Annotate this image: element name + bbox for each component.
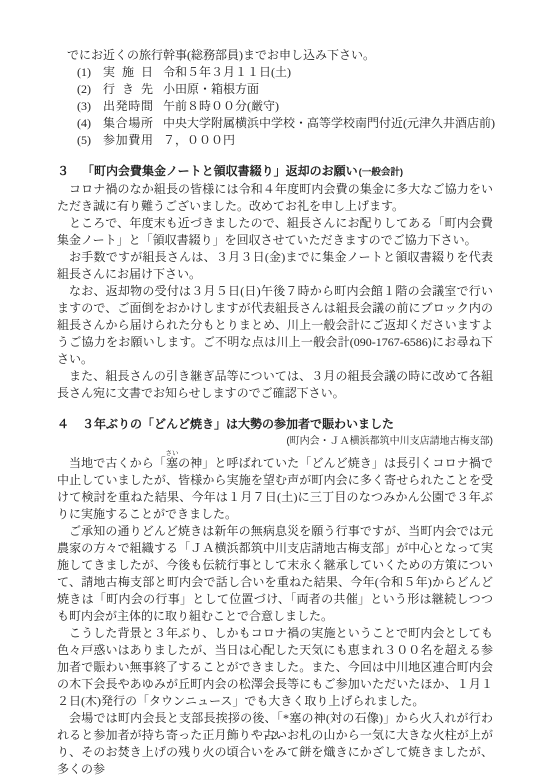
- list-item: (1) 実施日 令和５年３月１１日(土): [57, 64, 493, 81]
- item-value: 午前８時００分(厳守): [163, 98, 493, 115]
- section-title: 「町内会費集金ノートと領収書綴り」返却のお願い: [82, 164, 358, 178]
- continued-sentence: でにお近くの旅行幹事(総務部員)までお申し込み下さい。: [67, 47, 493, 64]
- attribution-line: (町内会・ＪＡ横浜都筑中川支店請地古梅支部): [57, 433, 493, 450]
- section-number: ３: [57, 164, 69, 178]
- section-title: ３年ぶりの「どんど焼き」は大勢の参加者で賑わいました: [82, 417, 394, 431]
- list-item: (5) 参加費用 ７，０００円: [57, 132, 493, 149]
- document-page: でにお近くの旅行幹事(総務部員)までお申し込み下さい。 (1) 実施日 令和５年…: [0, 0, 549, 776]
- item-value: ７，０００円: [163, 132, 493, 149]
- item-number: (3): [77, 98, 103, 115]
- item-number: (4): [77, 115, 103, 132]
- paragraph: なお、返却物の受付は３月５日(日)午後７時から町内会館１階の会議室で行いますので…: [57, 283, 493, 368]
- item-number: (1): [77, 64, 103, 81]
- item-value: 中央大学附属横浜中学校・高等学校南門付近(元津久井酒店前): [163, 115, 495, 132]
- list-item: (4) 集合場所 中央大学附属横浜中学校・高等学校南門付近(元津久井酒店前): [57, 115, 493, 132]
- section-4-heading: ４３年ぶりの「どんど焼き」は大勢の参加者で賑わいました: [57, 416, 493, 433]
- item-value: 小田原・箱根方面: [163, 81, 493, 98]
- list-item: (2) 行き先 小田原・箱根方面: [57, 81, 493, 98]
- trip-details-list: (1) 実施日 令和５年３月１１日(土) (2) 行き先 小田原・箱根方面 (3…: [57, 64, 493, 149]
- item-number: (5): [77, 132, 103, 149]
- section-title-note: (一般会計): [359, 167, 403, 178]
- ruby-text: さい: [165, 450, 178, 457]
- ruby-annotation: 塞さい: [166, 456, 178, 470]
- paragraph: 会場では町内会長と支部長挨拶の後、「*塞の神(対の石像)」から火入れが行われると…: [57, 710, 493, 776]
- item-label: 集合場所: [103, 115, 153, 132]
- section-3-heading: ３「町内会費集金ノートと領収書綴り」返却のお願い(一般会計): [57, 163, 493, 181]
- paragraph: また、組長さんの引き継ぎ品等については、３月の組長会議の時に改めて各組長さん宛に…: [57, 368, 493, 402]
- ruby-base: 塞: [165, 456, 178, 470]
- paragraph: お手数ですが組長さんは、３月３日(金)までに集金ノートと領収書綴りを代表組長さん…: [57, 249, 493, 283]
- list-item: (3) 出発時間 午前８時００分(厳守): [57, 98, 493, 115]
- page-body: でにお近くの旅行幹事(総務部員)までお申し込み下さい。 (1) 実施日 令和５年…: [57, 47, 493, 776]
- section-4: ４３年ぶりの「どんど焼き」は大勢の参加者で賑わいました (町内会・ＪＡ横浜都筑中…: [57, 416, 493, 776]
- section-3: ３「町内会費集金ノートと領収書綴り」返却のお願い(一般会計) コロナ禍のなか組長…: [57, 163, 493, 402]
- item-label: 出発時間: [103, 98, 153, 115]
- item-label: 実施日: [103, 64, 153, 81]
- section-number: ４: [57, 417, 69, 431]
- item-value: 令和５年３月１１日(土): [163, 64, 493, 81]
- page-number: - 2 -: [0, 730, 549, 742]
- paragraph: こうした背景と３年ぶり、しかもコロナ禍の実施ということで町内会としても色々戸惑い…: [57, 625, 493, 710]
- paragraph: 当地で古くから「塞さいの神」と呼ばれていた「どんど焼き」は長引くコロナ禍で中止し…: [57, 450, 493, 523]
- item-label: 行き先: [103, 81, 153, 98]
- paragraph: ご承知の通りどんど焼きは新年の無病息災を願う行事ですが、当町内会では元農家の方々…: [57, 523, 493, 625]
- item-label: 参加費用: [103, 132, 153, 149]
- paragraph: ところで、年度末も近づきましたので、組長さんにお配りしてある「町内会費集金ノート…: [57, 215, 493, 249]
- item-number: (2): [77, 81, 103, 98]
- paragraph-text: 当地で古くから「: [69, 456, 166, 470]
- paragraph: コロナ禍のなか組長の皆様には令和４年度町内会費の集金に多大なご協力をいただき誠に…: [57, 181, 493, 215]
